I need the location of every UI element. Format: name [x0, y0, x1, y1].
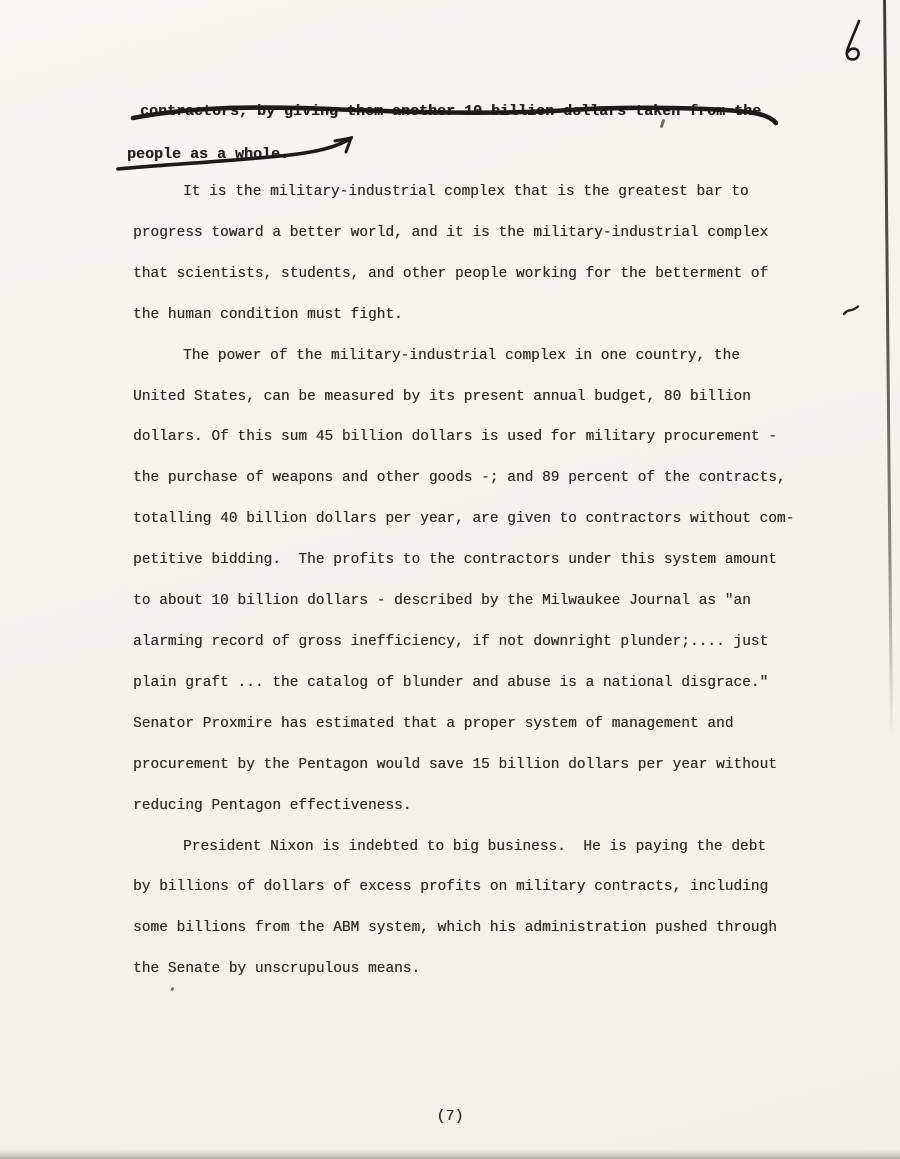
page-number: (7) — [0, 1108, 900, 1125]
scanned-document-page: 6 contractors, by giving them another 10… — [0, 0, 900, 1159]
paper-edge-scan-line — [883, 0, 893, 736]
scan-bottom-shadow — [0, 1149, 900, 1159]
handwritten-page-number: 6 — [838, 18, 868, 66]
paragraph-3: President Nixon is indebted to big busin… — [133, 827, 833, 991]
paragraph-2: The power of the military-industrial com… — [133, 336, 833, 827]
document-body: It is the military-industrial complex th… — [133, 172, 833, 990]
margin-pen-tick — [843, 303, 861, 317]
handwritten-six-glyph — [838, 18, 868, 66]
paragraph-1: It is the military-industrial complex th… — [133, 172, 833, 336]
strike-line-1 — [133, 108, 776, 123]
strike-line-2 — [118, 138, 351, 169]
